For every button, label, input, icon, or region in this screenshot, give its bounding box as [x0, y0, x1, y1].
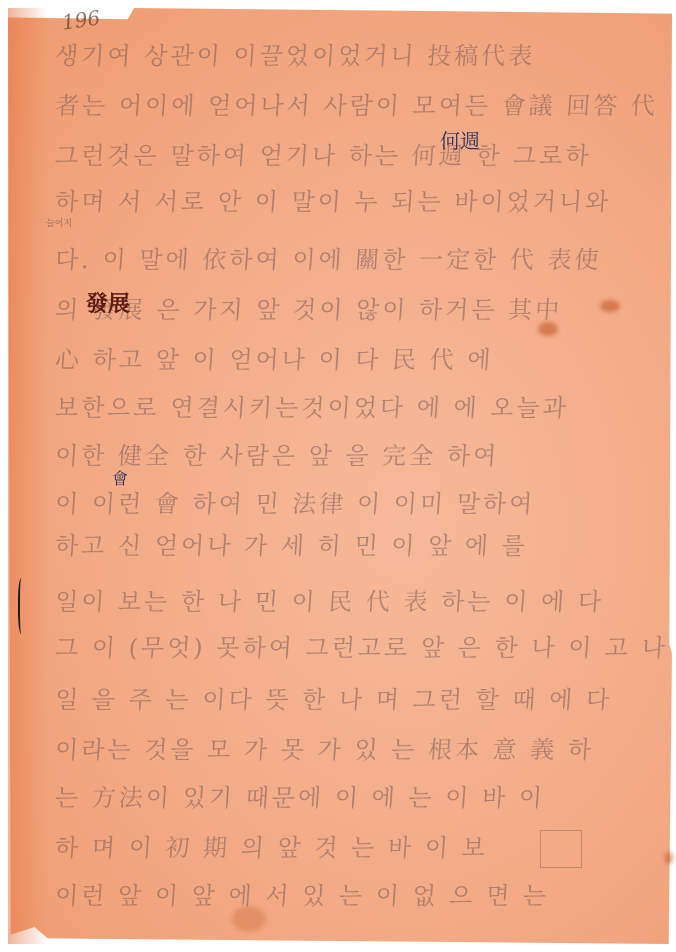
text-line-6: 의 發展 은 가지 앞 것이 않이 하거든 其中	[54, 290, 667, 330]
blue-ink-insertion-lower: 會	[112, 466, 128, 489]
text-line-2: 者는 어이에 얻어나서 사람이 모여든 會議 回答 代	[54, 86, 667, 126]
text-line-5: 다. 이 말에 依하여 이에 關한 一定한 代 表使	[54, 240, 667, 280]
stain-mark	[665, 852, 673, 864]
text-line-8: 보한으로 연결시키는것이었다 에 에 오늘과	[54, 388, 667, 428]
text-line-16: 는 方法이 있기 때문에 이 에 는 이 바 이	[54, 778, 667, 818]
text-line-3: 그런것은 말하여 얻기나 하는 何週 한 그로하	[54, 136, 667, 176]
red-ink-word: 發展	[86, 287, 130, 318]
paper-edge-shading	[8, 8, 48, 944]
text-line-12: 일이 보는 한 나 민 이 民 代 表 하는 이 에 다	[54, 582, 667, 622]
text-line-11: 하고 신 얻어나 가 세 히 민 이 앞 에 를	[54, 526, 667, 566]
stain-mark	[600, 300, 620, 312]
text-line-14: 일 을 주 는 이다 뜻 한 나 며 그런 할 때 에 다	[54, 680, 667, 720]
text-line-7: 心 하고 앞 이 얻어나 이 다 民 代 에	[54, 340, 667, 380]
text-line-9: 이한 健全 한 사람은 앞 을 完全 하여	[54, 436, 667, 476]
text-line-18: 이런 앞 이 앞 에 서 있 는 이 없 으 면 는	[54, 876, 667, 916]
stain-mark	[232, 906, 266, 932]
text-line-10: 이 이런 會 하여 민 法律 이 이미 말하여	[54, 484, 667, 524]
boxed-text-region	[540, 830, 582, 868]
text-line-13: 그 이 (무엇) 못하여 그런고로 앞 은 한 나 이 고 나	[54, 628, 667, 668]
stain-mark	[538, 322, 558, 336]
text-line-4: 하며 서 서로 안 이 말이 누 되는 바이었거니와	[54, 182, 667, 222]
text-line-1: 생기여 상관이 이끌었이었거니 投稿代表	[54, 36, 667, 76]
blue-ink-insertion: 何週	[440, 125, 480, 154]
margin-bracket-mark	[18, 578, 26, 634]
text-line-15: 이라는 것을 모 가 못 가 있 는 根本 意 義 하	[54, 730, 667, 770]
